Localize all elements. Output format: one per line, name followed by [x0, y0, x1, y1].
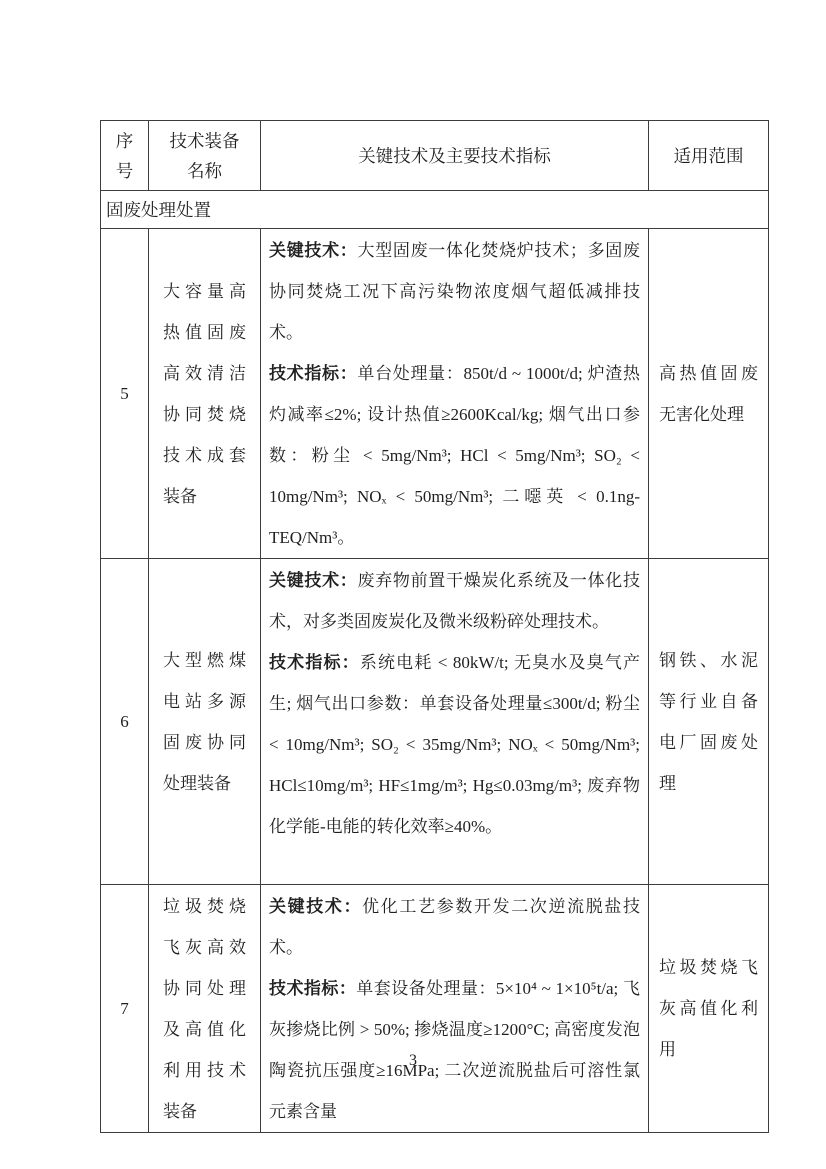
header-col-equipment-name: 技术装备名称 — [149, 121, 261, 191]
paragraph-text: 系统电耗 < 80kW/t; 无臭水及臭气产生; 烟气出口参数：单套设备处理量≤… — [269, 653, 640, 836]
key-tech-indicators: 关键技术：优化工艺参数开发二次逆流脱盐技术。技术指标：单套设备处理量：5×10⁴… — [261, 885, 649, 1133]
table-row: 7垃圾焚烧飞灰高效协同处理及高值化利用技术装备关键技术：优化工艺参数开发二次逆流… — [101, 885, 769, 1133]
table-row: 6大型燃煤电站多源固废协同处理装备关键技术：废弃物前置干燥炭化系统及一体化技术，… — [101, 559, 769, 885]
page-number: 3 — [0, 1052, 826, 1070]
tech-paragraph: 关键技术：优化工艺参数开发二次逆流脱盐技术。 — [269, 886, 640, 968]
tech-paragraph: 关键技术：大型固废一体化焚烧炉技术；多固废协同焚烧工况下高污染物浓度烟气超低减排… — [269, 230, 640, 353]
tech-paragraph: 技术指标：单台处理量：850t/d ~ 1000t/d; 炉渣热灼减率≤2%; … — [269, 353, 640, 558]
tech-paragraph: 技术指标：单套设备处理量：5×10⁴ ~ 1×10⁵t/a; 飞灰掺烧比例 > … — [269, 968, 640, 1132]
paragraph-label: 技术指标： — [269, 653, 360, 672]
header-col-number: 序号 — [101, 121, 149, 191]
application-scope: 垃圾焚烧飞灰高值化利用 — [649, 885, 769, 1133]
table-row: 5大容量高热值固废高效清洁协同焚烧技术成套装备关键技术：大型固废一体化焚烧炉技术… — [101, 229, 769, 559]
row-number: 6 — [101, 559, 149, 885]
equipment-name: 大容量高热值固废高效清洁协同焚烧技术成套装备 — [149, 229, 261, 559]
technology-equipment-table: 序号 技术装备名称 关键技术及主要技术指标 适用范围 固废处理处置 5大容量高热… — [100, 120, 769, 1133]
section-row: 固废处理处置 — [101, 191, 769, 229]
equipment-name: 大型燃煤电站多源固废协同处理装备 — [149, 559, 261, 885]
document-page: 序号 技术装备名称 关键技术及主要技术指标 适用范围 固废处理处置 5大容量高热… — [0, 0, 826, 1169]
application-scope: 高热值固废无害化处理 — [649, 229, 769, 559]
key-tech-indicators: 关键技术：大型固废一体化焚烧炉技术；多固废协同焚烧工况下高污染物浓度烟气超低减排… — [261, 229, 649, 559]
header-col-scope: 适用范围 — [649, 121, 769, 191]
key-tech-indicators: 关键技术：废弃物前置干燥炭化系统及一体化技术，对多类固废炭化及微米级粉碎处理技术… — [261, 559, 649, 885]
table-header-row: 序号 技术装备名称 关键技术及主要技术指标 适用范围 — [101, 121, 769, 191]
row-number: 7 — [101, 885, 149, 1133]
application-scope: 钢铁、水泥等行业自备电厂固废处理 — [649, 559, 769, 885]
header-col-key-tech: 关键技术及主要技术指标 — [261, 121, 649, 191]
paragraph-label: 技术指标： — [269, 364, 357, 383]
row-number: 5 — [101, 229, 149, 559]
equipment-name: 垃圾焚烧飞灰高效协同处理及高值化利用技术装备 — [149, 885, 261, 1133]
tech-paragraph: 关键技术：废弃物前置干燥炭化系统及一体化技术，对多类固废炭化及微米级粉碎处理技术… — [269, 560, 640, 642]
paragraph-label: 关键技术： — [269, 241, 358, 260]
paragraph-label: 关键技术： — [269, 897, 362, 916]
tech-paragraph: 技术指标：系统电耗 < 80kW/t; 无臭水及臭气产生; 烟气出口参数：单套设… — [269, 642, 640, 847]
paragraph-text: 单套设备处理量：5×10⁴ ~ 1×10⁵t/a; 飞灰掺烧比例 > 50%; … — [269, 979, 640, 1121]
section-title: 固废处理处置 — [101, 191, 769, 229]
paragraph-label: 关键技术： — [269, 571, 358, 590]
paragraph-text: 单台处理量：850t/d ~ 1000t/d; 炉渣热灼减率≤2%; 设计热值≥… — [269, 364, 640, 547]
paragraph-label: 技术指标： — [269, 979, 356, 998]
